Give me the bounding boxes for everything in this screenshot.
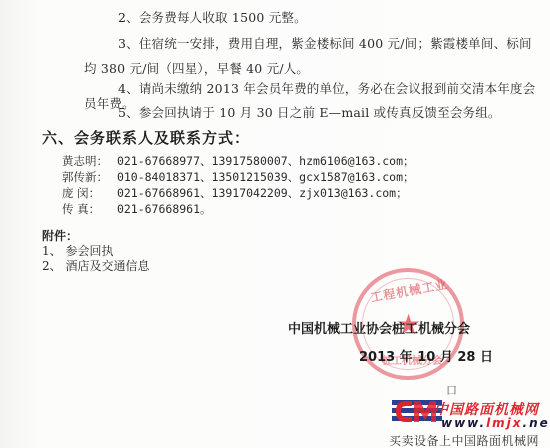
contact-row: 传 真： 021-67668961。 (62, 201, 212, 217)
contact-row: 郭传新： 010-84018371、13501215039、gcx1587@16… (62, 169, 415, 185)
corner-mark: 口 (446, 382, 457, 398)
notice-item-3-cont: 均 380 元/间（四星），早餐 40 元/人。 (84, 59, 309, 77)
notice-item-3: 3、住宿统一安排，费用自理，紫金楼标间 400 元/间；紫霞楼单间、标间 (118, 34, 532, 52)
signature-organization: 中国机械工业协会桩工机械分会 (288, 318, 470, 337)
watermark-url: www.lmjx.net (441, 416, 550, 430)
watermark-slogan: 买卖设备上中国路面机械网 (389, 432, 539, 448)
attachment-item: 2、 酒店及交通信息 (42, 257, 149, 274)
signature-date: 2013 年 10 月 28 日 (359, 346, 493, 365)
notice-item-4: 4、请尚未缴纳 2013 年会员年费的单位，务必在会议报到前交清本年度会 (118, 79, 535, 97)
contact-row: 庞 闵： 021-67668961、13917042209、zjx013@163… (62, 185, 408, 201)
document-page: 2、会务费每人收取 1500 元整。 3、住宿统一安排，费用自理，紫金楼标间 4… (0, 0, 550, 448)
notice-item-2: 2、会务费每人收取 1500 元整。 (118, 8, 307, 26)
contact-row: 黄志明： 021-67668977、13917580007、hzm6106@16… (62, 153, 415, 169)
notice-item-5: 5、参会回执请于 10 月 30 日之前 E—mail 或传真反馈至会务组。 (118, 103, 501, 121)
contact-info: 021-67668961、13917042209、zjx013@163.com； (117, 186, 408, 200)
contact-info: 021-67668977、13917580007、hzm6106@163.com… (117, 154, 415, 168)
contact-name: 黄志明： (62, 153, 110, 169)
contact-name: 庞 闵： (62, 185, 110, 201)
contact-name: 郭传新： (62, 169, 110, 185)
url-prefix: www. (441, 416, 486, 430)
contact-name: 传 真： (62, 201, 110, 217)
url-accent: lmjx (486, 416, 522, 430)
url-suffix: .net (523, 416, 550, 430)
contacts-heading: 六、会务联系人及联系方式： (42, 127, 250, 148)
contact-info: 021-67668961。 (117, 202, 212, 216)
contact-info: 010-84018371、13501215039、gcx1587@163.com… (117, 170, 415, 184)
